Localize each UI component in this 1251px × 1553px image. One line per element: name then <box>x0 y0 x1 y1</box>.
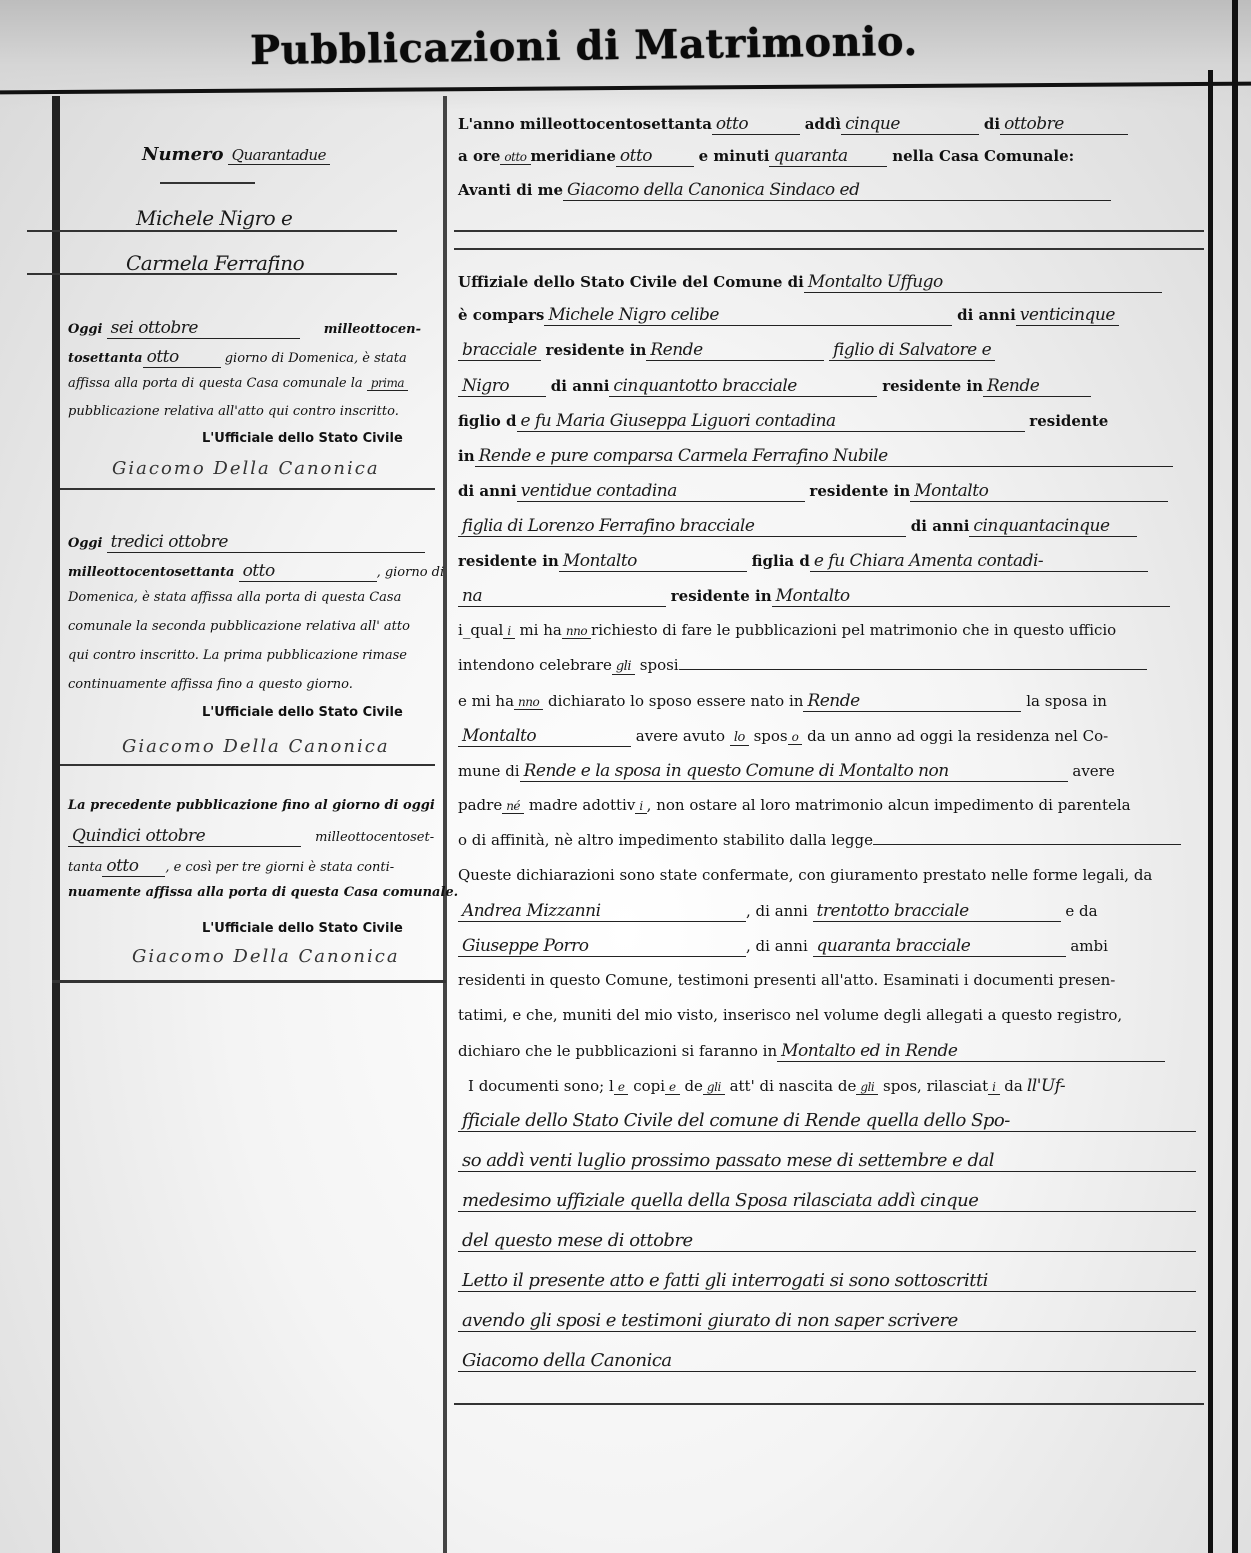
record-text: , di anni <box>746 937 808 955</box>
second-pub-date: tredici ottobre <box>107 532 425 553</box>
record-text: di <box>984 115 1000 133</box>
bride-birthplace: Montalto <box>458 726 631 747</box>
first-pub-text: giorno di Domenica, è stata <box>225 351 407 366</box>
record-line-24: residenti in questo Comune, testimoni pr… <box>458 971 1115 989</box>
section-divider <box>60 764 435 766</box>
record-line-10: di anniventidue contadina residente inMo… <box>458 481 1168 502</box>
record-text: o di affinità, nè altro impedimento stab… <box>458 831 873 849</box>
record-line-18: mune diRende e la sposa in questo Comune… <box>458 761 1115 782</box>
final-note-text: , e così per tre giorni è stata conti- <box>165 860 394 875</box>
record-text: figlia d <box>752 552 810 570</box>
first-pub-line-3: affissa alla porta di questa Casa comuna… <box>68 376 408 391</box>
record-text: di anni <box>551 377 610 395</box>
record-text: padre <box>458 796 502 814</box>
record-line-15: intendono celebraregli sposi <box>458 656 1147 675</box>
witness-2-age: quaranta bracciale <box>813 936 1066 957</box>
record-text: , non ostare al loro matrimonio alcun im… <box>647 796 1131 814</box>
party-2-rule <box>27 273 397 275</box>
record-text: spos <box>883 1077 917 1095</box>
first-pub-ordinal: prima <box>367 376 408 391</box>
bride-father-residence: Montalto <box>559 551 747 572</box>
record-text: sposi <box>640 656 679 674</box>
officer-signature: Giacomo Della Canonica <box>112 458 380 479</box>
record-text: mune di <box>458 762 520 780</box>
record-text: dichiarato lo sposo essere nato in <box>548 692 803 710</box>
record-hand: na <box>458 586 666 607</box>
number-underline <box>160 182 255 184</box>
father-age: cinquantotto bracciale <box>609 376 877 397</box>
witness-1-age: trentotto bracciale <box>813 901 1061 922</box>
publication-places: Montalto ed in Rende <box>777 1041 1165 1062</box>
record-text: da un anno ad oggi la residenza nel Co- <box>807 727 1108 745</box>
record-hand: ll'Uf- <box>1023 1076 1069 1096</box>
record-text: avere avuto <box>636 727 725 745</box>
record-text: e minuti <box>699 147 770 165</box>
record-line-9: inRende e pure comparsa Carmela Ferrafin… <box>458 446 1173 467</box>
record-line-25: tatimi, e che, muniti del mio visto, ins… <box>458 1006 1122 1024</box>
record-text: nella Casa Comunale: <box>892 147 1074 165</box>
record-line-4: Uffiziale dello Stato Civile del Comune … <box>458 272 1162 293</box>
father-residence: Rende <box>983 376 1091 397</box>
record-line-20: o di affinità, nè altro impedimento stab… <box>458 831 1181 849</box>
record-text: qual <box>470 621 503 639</box>
final-note-line-2: Quindici ottobre milleottocentoset- <box>68 826 434 847</box>
section-divider <box>60 488 435 490</box>
record-text: de <box>684 1077 702 1095</box>
record-text: Uffiziale dello Stato Civile del Comune … <box>458 273 804 291</box>
first-pub-text: affissa alla porta di questa Casa comuna… <box>68 376 363 391</box>
record-text: intendono celebrare <box>458 656 612 674</box>
officer-label: L'Ufficiale dello Stato Civile <box>202 921 403 936</box>
record-line-14: i_quali mi hannorichiesto di fare le pub… <box>458 621 1116 639</box>
record-text: e mi ha <box>458 692 514 710</box>
record-text: di anni <box>957 306 1016 324</box>
record-hand: Nigro <box>458 376 546 397</box>
record-line-6: bracciale residente inRende figlio di Sa… <box>458 340 995 361</box>
record-official: Giacomo della Canonica Sindaco ed <box>563 180 1111 201</box>
first-pub-date: sei ottobre <box>107 318 300 339</box>
groom-birthplace: Rende <box>803 691 1021 712</box>
number-value: Quarantadue <box>228 146 330 165</box>
record-text: da <box>1004 1077 1023 1095</box>
oggi-label: Oggi <box>68 322 102 337</box>
handwritten-line-1: fficiale dello Stato Civile del comune d… <box>458 1110 1196 1132</box>
final-note-line-3: tantaotto, e così per tre giorni è stata… <box>68 856 394 877</box>
record-line-27: I documenti sono; le copie degli att' di… <box>468 1076 1069 1096</box>
party-1: Michele Nigro e <box>132 206 296 230</box>
handwritten-line-3: medesimo uffiziale quella della Sposa ri… <box>458 1190 1196 1212</box>
record-text: residente in <box>458 552 559 570</box>
first-pub-year: otto <box>143 347 221 368</box>
final-note-line-1: La precedente pubblicazione fino al gior… <box>68 798 435 813</box>
record-hand: nno <box>514 695 543 710</box>
handwritten-line-5: Letto il presente atto e fatti gli inter… <box>458 1270 1196 1292</box>
record-line-3: Avanti di meGiacomo della Canonica Sinda… <box>458 180 1111 201</box>
record-text: di anni <box>458 482 517 500</box>
record-line-5: è comparsMichele Nigro celibe di anniven… <box>458 305 1119 326</box>
first-pub-text: tosettanta <box>68 351 143 366</box>
record-hour-2: otto <box>616 146 694 167</box>
second-pub-year: otto <box>239 561 377 582</box>
groom-mother: e fu Maria Giuseppa Liguori contadina <box>517 411 1025 432</box>
number-label: Numero <box>142 144 224 165</box>
record-text: residente <box>1029 412 1108 430</box>
record-text: la sposa in <box>1026 692 1107 710</box>
record-text: i <box>458 621 463 639</box>
record-text: di anni <box>911 517 970 535</box>
record-text: spos <box>754 727 788 745</box>
blank-rule <box>454 230 1204 232</box>
first-pub-line-1: Oggi sei ottobre milleottocen- <box>68 318 421 339</box>
record-line-12: residente inMontalto figlia de fu Chiara… <box>458 551 1148 572</box>
groom-age: venticinque <box>1016 305 1119 326</box>
handwritten-line-2: so addì venti luglio prossimo passato me… <box>458 1150 1196 1172</box>
second-pub-line-6: continuamente affissa fino a questo gior… <box>68 677 353 692</box>
final-note-year: otto <box>102 856 165 877</box>
record-comune: Montalto Uffugo <box>804 272 1162 293</box>
record-text: figlio d <box>458 412 517 430</box>
record-text: residente in <box>809 482 910 500</box>
record-text: richiesto di fare le pubblicazioni pel m… <box>591 621 1116 639</box>
final-note-line-4: nuamente affissa alla porta di questa Ca… <box>68 885 458 900</box>
party-1-rule <box>27 230 397 232</box>
record-line-21: Queste dichiarazioni sono state conferma… <box>458 866 1152 884</box>
record-line-7: Nigro di annicinquantotto bracciale resi… <box>458 376 1091 397</box>
right-border-inner <box>1208 70 1213 1553</box>
bride-father-age: cinquantacinque <box>969 516 1137 537</box>
bride-mother: e fu Chiara Amenta contadi- <box>810 551 1148 572</box>
witness-2-name: Giuseppe Porro <box>458 936 746 957</box>
handwritten-line-6: avendo gli sposi e testimoni giurato di … <box>458 1310 1196 1332</box>
record-text: , rilasciat <box>917 1077 988 1095</box>
second-pub-line-2: milleottocentosettanta otto, giorno di <box>68 561 444 582</box>
record-text: residente in <box>882 377 983 395</box>
record-text: madre adottiv <box>529 796 636 814</box>
record-line-13: na residente inMontalto <box>458 586 1170 607</box>
second-pub-text: , giorno di <box>377 565 445 580</box>
officer-label: L'Ufficiale dello Stato Civile <box>202 431 403 446</box>
record-hand: lo <box>730 730 749 746</box>
record-text: att <box>730 1077 751 1095</box>
record-line-17: Montalto avere avuto lo sposo da un anno… <box>458 726 1108 747</box>
witness-1-name: Andrea Mizzanni <box>458 901 746 922</box>
officer-signature: Giacomo Della Canonica <box>122 736 390 757</box>
final-note-text: milleottocentoset- <box>315 830 434 845</box>
second-pub-text: milleottocentosettanta <box>68 565 234 580</box>
record-text: L'anno milleottocentosettanta <box>458 115 712 133</box>
groom-name: Michele Nigro celibe <box>544 305 952 326</box>
second-pub-line-4: comunale la seconda pubblicazione relati… <box>68 619 410 634</box>
record-text: meridiane <box>531 147 616 165</box>
record-text: mi ha <box>519 621 561 639</box>
second-pub-line-1: Oggi tredici ottobre <box>68 532 425 553</box>
party-2: Carmela Ferrafino <box>122 251 308 275</box>
final-note-text: tanta <box>68 860 102 875</box>
groom-father: figlio di Salvatore e <box>829 340 995 361</box>
record-line-8: figlio de fu Maria Giuseppa Liguori cont… <box>458 411 1108 432</box>
record-text: in <box>458 447 475 465</box>
record-hand: né <box>502 799 524 814</box>
groom-occupation: bracciale <box>458 340 541 361</box>
record-line-11: figlia di Lorenzo Ferrafino bracciale di… <box>458 516 1137 537</box>
record-line-16: e mi hanno dichiarato lo sposo essere na… <box>458 691 1107 712</box>
record-line-23: Giuseppe Porro, di anni quaranta braccia… <box>458 936 1108 957</box>
bride-age: ventidue contadina <box>517 481 805 502</box>
record-text: avere <box>1072 762 1114 780</box>
record-line-1: L'anno milleottocentosettantaotto addìci… <box>458 114 1128 135</box>
record-line-26: dichiaro che le pubblicazioni si faranno… <box>458 1041 1165 1062</box>
record-line-19: padrené madre adottivi, non ostare al lo… <box>458 796 1131 814</box>
record-text: è compars <box>458 306 544 324</box>
oggi-label: Oggi <box>68 536 102 551</box>
record-text: e da <box>1065 902 1097 920</box>
record-line-22: Andrea Mizzanni, di anni trentotto bracc… <box>458 901 1098 922</box>
blank-rule <box>454 1403 1204 1405</box>
record-text: residente in <box>546 341 647 359</box>
blank-rule <box>454 248 1204 250</box>
second-pub-line-5: qui contro inscritto. La prima pubblicaz… <box>68 648 407 663</box>
first-pub-text: milleottocen- <box>324 322 421 337</box>
officer-label: L'Ufficiale dello Stato Civile <box>202 705 403 720</box>
bride-father: figlia di Lorenzo Ferrafino bracciale <box>458 516 906 537</box>
record-text: , di anni <box>746 902 808 920</box>
record-text: ambi <box>1070 937 1108 955</box>
record-day: cinque <box>841 114 979 135</box>
record-text: a ore <box>458 147 500 165</box>
record-month: ottobre <box>1000 114 1128 135</box>
record-minutes: quaranta <box>769 146 887 167</box>
record-line-2: a oreottomeridianeotto e minutiquaranta … <box>458 146 1074 167</box>
bride-residence: Montalto <box>910 481 1168 502</box>
final-note-date: Quindici ottobre <box>68 826 301 847</box>
record-year: otto <box>712 114 800 135</box>
handwritten-line-4: del questo mese di ottobre <box>458 1230 1196 1252</box>
record-text: Avanti di me <box>458 181 563 199</box>
officer-signature: Giacomo Della Canonica <box>132 946 400 967</box>
record-hour: otto <box>500 150 530 165</box>
record-text: I documenti sono; <box>468 1077 604 1095</box>
record-text: di nascita de <box>759 1077 856 1095</box>
second-pub-line-3: Domenica, è stata affissa alla porta di … <box>68 590 401 605</box>
residence-declaration: Rende e la sposa in questo Comune di Mon… <box>520 761 1068 782</box>
right-border-outer <box>1232 0 1238 1553</box>
record-text: dichiaro che le pubblicazioni si faranno… <box>458 1042 777 1060</box>
record-hand: gli <box>612 659 635 675</box>
groom-residence: Rende <box>646 340 824 361</box>
record-text: copi <box>633 1077 665 1095</box>
record-text: addì <box>805 115 841 133</box>
handwritten-signature: Giacomo della Canonica <box>458 1350 1196 1372</box>
record-number: Numero Quarantadue <box>142 144 330 165</box>
first-pub-line-2: tosettantaotto giorno di Domenica, è sta… <box>68 347 407 368</box>
bride-mother-residence: Montalto <box>772 586 1170 607</box>
record-text: residente in <box>671 587 772 605</box>
bride-intro: Rende e pure comparsa Carmela Ferrafino … <box>475 446 1173 467</box>
first-pub-line-4: pubblicazione relativa all'atto qui cont… <box>68 404 399 419</box>
